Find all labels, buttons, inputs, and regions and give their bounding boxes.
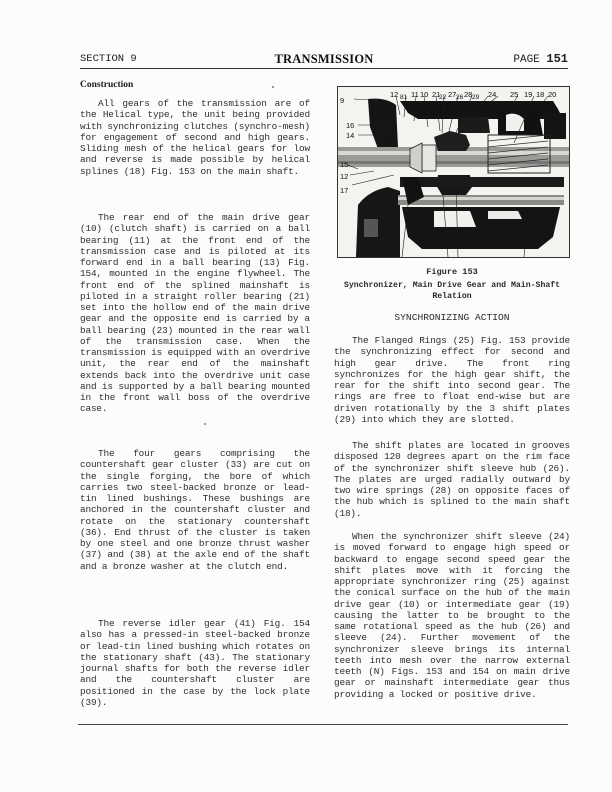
- footer-rule: [78, 724, 568, 725]
- synchronizing-action-heading: SYNCHRONIZING ACTION: [334, 312, 570, 323]
- paragraph-synchronizer-sleeve: When the synchronizer shift sleeve (24) …: [334, 531, 570, 700]
- figure-153-transmission-cutaway: 9 16 14 15 12 17 12 81 11 10 21 22 27 26…: [337, 86, 570, 258]
- chapter-title: TRANSMISSION: [80, 52, 568, 67]
- svg-text:20: 20: [548, 90, 556, 99]
- svg-text:22: 22: [439, 94, 447, 101]
- svg-text:24: 24: [488, 90, 496, 99]
- svg-text:16: 16: [346, 121, 354, 130]
- svg-text:12: 12: [390, 90, 398, 99]
- page-word: PAGE: [513, 54, 539, 66]
- paragraph-helical-gears: All gears of the transmission are of the…: [80, 98, 310, 177]
- print-speck: [204, 423, 206, 425]
- svg-text:11: 11: [411, 90, 419, 99]
- svg-text:17: 17: [340, 186, 348, 195]
- figure-caption: Synchronizer, Main Drive Gear and Main-S…: [334, 280, 570, 302]
- paragraph-shift-plates: The shift plates are located in grooves …: [334, 440, 570, 519]
- construction-heading: Construction: [80, 80, 133, 90]
- svg-text:26: 26: [456, 94, 464, 101]
- svg-text:12: 12: [340, 172, 348, 181]
- svg-text:25: 25: [510, 90, 518, 99]
- svg-text:29: 29: [472, 94, 480, 101]
- paragraph-main-drive-gear: The rear end of the main drive gear (10)…: [80, 212, 310, 415]
- svg-text:19: 19: [524, 90, 532, 99]
- paragraph-flanged-rings: The Flanged Rings (25) Fig. 153 provide …: [334, 335, 570, 425]
- page-number: 151: [546, 52, 568, 66]
- transmission-cross-section-illustration: 9 16 14 15 12 17 12 81 11 10 21 22 27 26…: [338, 87, 569, 257]
- paragraph-reverse-idler: The reverse idler gear (41) Fig. 154 als…: [80, 618, 310, 708]
- svg-text:81: 81: [400, 94, 408, 101]
- print-speck: [272, 86, 274, 88]
- svg-text:10: 10: [420, 90, 428, 99]
- page-number-label: PAGE 151: [513, 52, 568, 66]
- svg-text:9: 9: [340, 96, 344, 105]
- page-header: SECTION 9 TRANSMISSION PAGE 151: [80, 52, 568, 69]
- manual-page: SECTION 9 TRANSMISSION PAGE 151 Construc…: [0, 0, 612, 792]
- paragraph-countershaft-cluster: The four gears comprising the countersha…: [80, 448, 310, 572]
- svg-text:14: 14: [346, 131, 354, 140]
- figure-number: Figure 153: [334, 267, 570, 277]
- svg-text:18: 18: [536, 90, 544, 99]
- svg-text:15: 15: [340, 160, 348, 169]
